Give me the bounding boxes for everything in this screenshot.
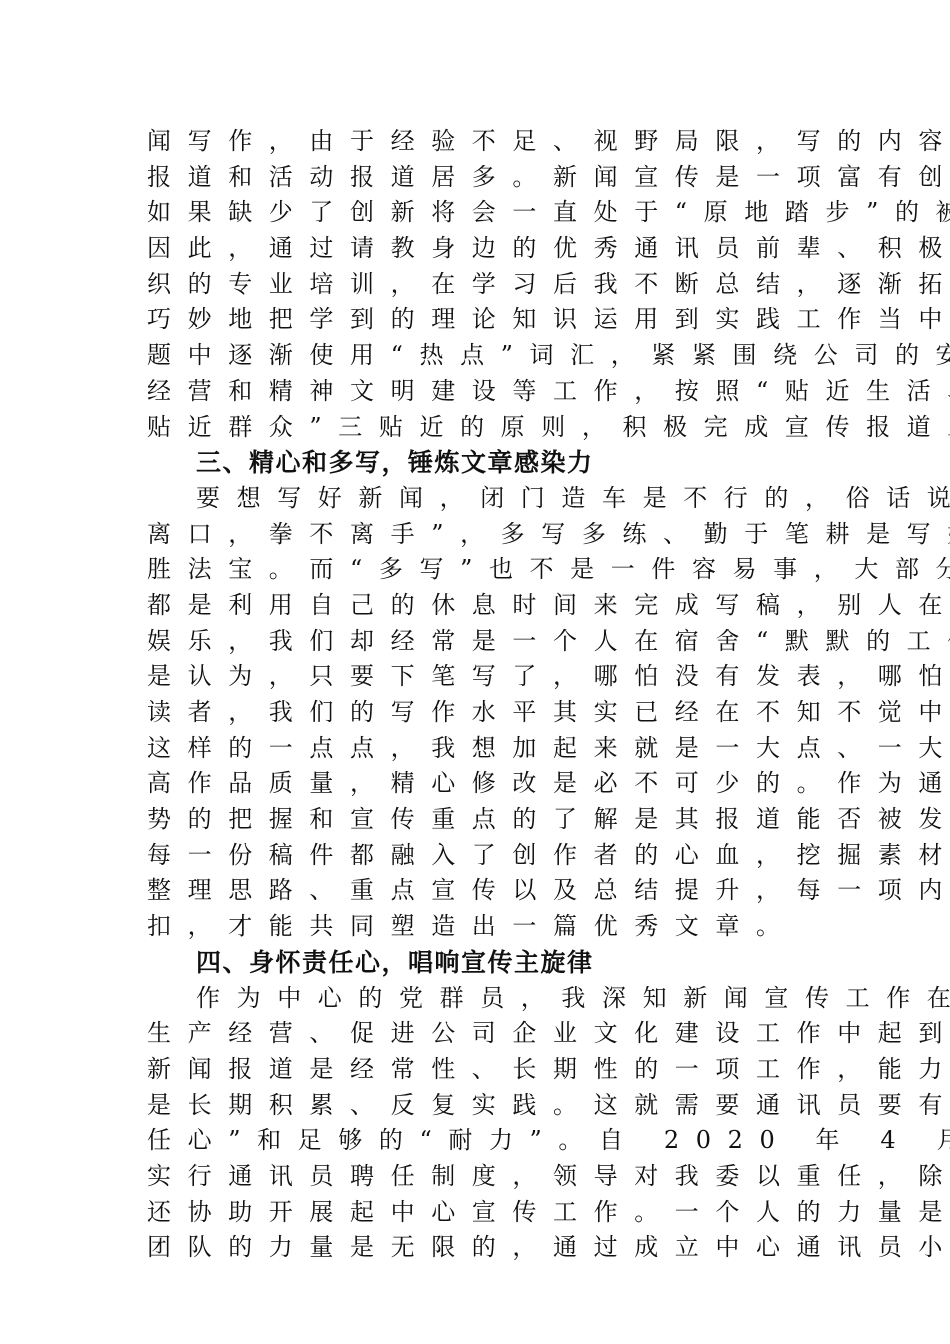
paragraph-3: 作为中心的党群员，我深知新闻宣传工作在推动公司 生产经营、促进公司企业文化建设工… bbox=[147, 981, 827, 1267]
text-line: 都是利用自己的休息时间来完成写稿，别人在休息、聊天 bbox=[147, 588, 827, 624]
paragraph-2: 要想写好新闻，闭门造车是不行的，俗话说：“曲不 离口，拳不离手”，多写多练、勤于… bbox=[147, 481, 827, 945]
text-line: 胜法宝。而“多写”也不是一件容易事，大部分通讯员， bbox=[147, 552, 827, 588]
paragraph-1: 闻写作，由于经验不足、视野局限，写的内容都是以会议 报道和活动报道居多。新闻宣传… bbox=[147, 124, 827, 445]
document-body: 闻写作，由于经验不足、视野局限，写的内容都是以会议 报道和活动报道居多。新闻宣传… bbox=[147, 124, 827, 1266]
text-line: 是认为，只要下笔写了，哪怕没有发表，哪怕只有自己是 bbox=[147, 659, 827, 695]
text-line: 织的专业培训，在学习后我不断总结，逐渐拓宽写作思维 bbox=[147, 267, 827, 303]
text-line: 新闻报道是经常性、长期性的一项工作，能力的提高靠的 bbox=[147, 1052, 827, 1088]
text-line: 整理思路、重点宣传以及总结提升，每一项内容都环环相 bbox=[147, 873, 827, 909]
text-line: 这样的一点点，我想加起来就是一大点、一大步。而要提 bbox=[147, 731, 827, 767]
text-line: 题中逐渐使用“热点”词汇，紧紧围绕公司的安全、生产 bbox=[147, 338, 827, 374]
section-heading-4: 四、身怀责任心，唱响宣传主旋律 bbox=[147, 945, 827, 981]
text-line: 读者，我们的写作水平其实已经在不知不觉中提高了一点 bbox=[147, 695, 827, 731]
text-line: 如果缺少了创新将会一直处于“原地踏步”的被动局面， bbox=[147, 195, 827, 231]
text-line: 离口，拳不离手”，多写多练、勤于笔耕是写好稿件的制 bbox=[147, 517, 827, 553]
text-line: 生产经营、促进公司企业文化建设工作中起到的重要作用 bbox=[147, 1016, 827, 1052]
text-line: 团队的力量是无限的，通过成立中心通讯员小组，不断挖 bbox=[147, 1230, 827, 1266]
text-line: 任心”和足够的“耐力”。自 2020 年 4 月以来，中心组织 bbox=[147, 1123, 827, 1159]
text-line: 扣，才能共同塑造出一篇优秀文章。 bbox=[147, 909, 827, 945]
text-line: 实行通讯员聘任制度，领导对我委以重任，除日常工作外 bbox=[147, 1159, 827, 1195]
document-page: 闻写作，由于经验不足、视野局限，写的内容都是以会议 报道和活动报道居多。新闻宣传… bbox=[0, 0, 950, 1344]
text-line: 闻写作，由于经验不足、视野局限，写的内容都是以会议 bbox=[147, 124, 827, 160]
text-line: 经营和精神文明建设等工作，按照“贴近生活、贴近实际 bbox=[147, 374, 827, 410]
text-line: 要想写好新闻，闭门造车是不行的，俗话说：“曲不 bbox=[147, 481, 827, 517]
text-line: 巧妙地把学到的理论知识运用到实践工作当中，在文章标 bbox=[147, 302, 827, 338]
text-line: 势的把握和宣传重点的了解是其报道能否被发表的重点， bbox=[147, 802, 827, 838]
text-line: 还协助开展起中心宣传工作。一个人的力量是有限的，但 bbox=[147, 1195, 827, 1231]
text-line: 每一份稿件都融入了创作者的心血，挖掘素材、及时捕捉 bbox=[147, 838, 827, 874]
text-line: 是长期积累、反复实践。这就需要通讯员要有高度的“责 bbox=[147, 1088, 827, 1124]
text-line: 娱乐，我们却经常是一个人在宿舍“默默的工作”。我总 bbox=[147, 624, 827, 660]
text-line: 作为中心的党群员，我深知新闻宣传工作在推动公司 bbox=[147, 981, 827, 1017]
text-line: 报道和活动报道居多。新闻宣传是一项富有创新性的工作 bbox=[147, 160, 827, 196]
text-line: 高作品质量，精心修改是必不可少的。作为通讯员，对形 bbox=[147, 766, 827, 802]
text-line: 因此，通过请教身边的优秀通讯员前辈、积极参加公司组 bbox=[147, 231, 827, 267]
text-line: 贴近群众”三贴近的原则，积极完成宣传报道工作。 bbox=[147, 410, 827, 446]
section-heading-3: 三、精心和多写，锤炼文章感染力 bbox=[147, 445, 827, 481]
